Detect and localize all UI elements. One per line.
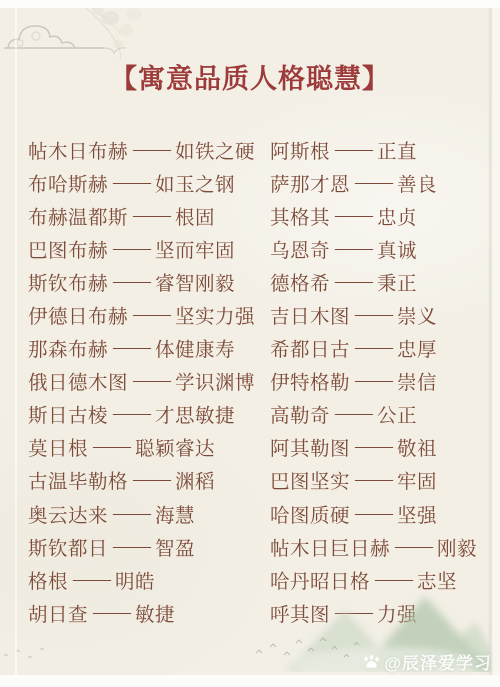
list-item: 斯钦布赫——睿智刚毅 (28, 265, 255, 298)
name-meaning: 刚毅 (437, 533, 477, 561)
list-item: 乌恩奇——真诚 (270, 232, 477, 265)
list-item: 其格其——忠贞 (270, 199, 477, 232)
list-item: 布赫温都斯——根固 (28, 199, 255, 232)
name-meaning: 如玉之钢 (155, 169, 235, 197)
person-name: 德格希 (270, 268, 330, 296)
person-name: 巴图坚实 (270, 466, 350, 494)
dash-separator: —— (335, 403, 372, 425)
name-meaning: 秉正 (377, 268, 417, 296)
list-item: 斯钦都日——智盈 (28, 530, 255, 563)
dash-separator: —— (355, 172, 392, 194)
person-name: 高勒奇 (270, 400, 330, 428)
dash-separator: —— (93, 436, 130, 458)
dash-separator: —— (113, 238, 150, 260)
person-name: 伊特格勒 (270, 367, 350, 395)
name-meaning: 正直 (377, 136, 417, 164)
top-white-strip (0, 0, 500, 8)
person-name: 格根 (28, 566, 68, 594)
person-name: 那森布赫 (28, 334, 108, 362)
person-name: 乌恩奇 (270, 235, 330, 263)
dash-separator: —— (355, 503, 392, 525)
dash-separator: —— (395, 536, 432, 558)
dash-separator: —— (133, 304, 170, 326)
person-name: 古温毕勒格 (28, 466, 128, 494)
list-item: 奥云达来——海慧 (28, 497, 255, 530)
name-meaning: 智盈 (155, 533, 195, 561)
person-name: 奥云达来 (28, 500, 108, 528)
list-item: 吉日木图——崇义 (270, 298, 477, 331)
watermark-handle: @辰泽爱学习 (384, 649, 492, 674)
name-meaning: 真诚 (377, 235, 417, 263)
name-list-right-column: 阿斯根——正直萨那才恩——善良其格其——忠贞乌恩奇——真诚德格希——秉正吉日木图… (270, 133, 477, 629)
list-item: 德格希——秉正 (270, 265, 477, 298)
name-meaning: 公正 (377, 400, 417, 428)
person-name: 萨那才恩 (270, 169, 350, 197)
person-name: 阿斯根 (270, 136, 330, 164)
dash-separator: —— (113, 271, 150, 293)
person-name: 布赫温都斯 (28, 202, 128, 230)
list-item: 胡日查——敏捷 (28, 596, 255, 629)
dash-separator: —— (335, 238, 372, 260)
page-edge-left (15, 8, 17, 675)
list-item: 帖木日布赫——如铁之硬 (28, 133, 255, 166)
person-name: 阿其勒图 (270, 433, 350, 461)
dash-separator: —— (133, 469, 170, 491)
name-meaning: 睿智刚毅 (155, 268, 235, 296)
list-item: 伊德日布赫——坚实力强 (28, 298, 255, 331)
person-name: 伊德日布赫 (28, 301, 128, 329)
list-item: 古温毕勒格——渊稻 (28, 464, 255, 497)
name-meaning: 敬祖 (397, 433, 437, 461)
name-meaning: 崇信 (397, 367, 437, 395)
person-name: 巴图布赫 (28, 235, 108, 263)
person-name: 其格其 (270, 202, 330, 230)
flying-birds-icon (250, 633, 370, 672)
list-item: 巴图坚实——牢固 (270, 464, 477, 497)
person-name: 哈图质硬 (270, 500, 350, 528)
person-name: 斯钦布赫 (28, 268, 108, 296)
name-meaning: 学识渊博 (175, 367, 255, 395)
person-name: 帖木日巨日赫 (270, 533, 390, 561)
person-name: 俄日德木图 (28, 367, 128, 395)
list-item: 哈图质硬——坚强 (270, 497, 477, 530)
list-item: 高勒奇——公正 (270, 398, 477, 431)
name-meaning: 体健康寿 (155, 334, 235, 362)
list-item: 斯日古棱——才思敏捷 (28, 398, 255, 431)
name-meaning: 渊稻 (175, 466, 215, 494)
dash-separator: —— (113, 172, 150, 194)
dash-separator: —— (133, 205, 170, 227)
dash-separator: —— (133, 370, 170, 392)
list-item: 格根——明皓 (28, 563, 255, 596)
dash-separator: —— (355, 337, 392, 359)
dash-separator: —— (113, 536, 150, 558)
page-title: 【寓意品质人格聪慧】 (0, 57, 500, 96)
dash-separator: —— (355, 304, 392, 326)
list-item: 布哈斯赫——如玉之钢 (28, 166, 255, 199)
person-name: 莫日根 (28, 433, 88, 461)
dash-separator: —— (113, 503, 150, 525)
list-item: 阿其勒图——敬祖 (270, 431, 477, 464)
name-meaning: 聪颖睿达 (135, 433, 215, 461)
paw-icon (363, 654, 380, 670)
name-list-left-column: 帖木日布赫——如铁之硬布哈斯赫——如玉之钢布赫温都斯——根固巴图布赫——坚而牢固… (28, 133, 255, 629)
name-meaning: 敏捷 (135, 599, 175, 627)
dash-separator: —— (133, 139, 170, 161)
list-item: 俄日德木图——学识渊博 (28, 365, 255, 398)
list-item: 巴图布赫——坚而牢固 (28, 232, 255, 265)
page-edge-right (488, 8, 500, 675)
person-name: 布哈斯赫 (28, 169, 108, 197)
name-meaning: 牢固 (397, 466, 437, 494)
name-meaning: 明皓 (115, 566, 155, 594)
list-item: 萨那才恩——善良 (270, 166, 477, 199)
name-meaning: 坚实力强 (175, 301, 255, 329)
list-item: 希都日古——忠厚 (270, 332, 477, 365)
name-meaning: 忠贞 (377, 202, 417, 230)
name-meaning: 坚强 (397, 500, 437, 528)
watermark: @辰泽爱学习 (363, 649, 492, 674)
dash-separator: —— (335, 271, 372, 293)
document-page: 【寓意品质人格聪慧】 帖木日布赫——如铁之硬布哈斯赫——如玉之钢布赫温都斯——根… (0, 0, 500, 687)
name-meaning: 根固 (175, 202, 215, 230)
dash-separator: —— (355, 469, 392, 491)
dash-separator: —— (335, 139, 372, 161)
name-meaning: 才思敏捷 (155, 400, 235, 428)
bottom-white-strip (0, 675, 500, 687)
name-meaning: 如铁之硬 (175, 136, 255, 164)
list-item: 莫日根——聪颖睿达 (28, 431, 255, 464)
person-name: 胡日查 (28, 599, 88, 627)
person-name: 帖木日布赫 (28, 136, 128, 164)
dash-separator: —— (355, 436, 392, 458)
list-item: 阿斯根——正直 (270, 133, 477, 166)
dash-separator: —— (113, 403, 150, 425)
person-name: 斯钦都日 (28, 533, 108, 561)
list-item: 帖木日巨日赫——刚毅 (270, 530, 477, 563)
list-item: 那森布赫——体健康寿 (28, 332, 255, 365)
dash-separator: —— (73, 569, 110, 591)
name-meaning: 崇义 (397, 301, 437, 329)
person-name: 希都日古 (270, 334, 350, 362)
list-item: 伊特格勒——崇信 (270, 365, 477, 398)
name-meaning: 海慧 (155, 500, 195, 528)
dash-separator: —— (93, 602, 130, 624)
person-name: 斯日古棱 (28, 400, 108, 428)
name-meaning: 善良 (397, 169, 437, 197)
name-meaning: 忠厚 (397, 334, 437, 362)
name-meaning: 坚而牢固 (155, 235, 235, 263)
dash-separator: —— (113, 337, 150, 359)
dash-separator: —— (335, 205, 372, 227)
person-name: 吉日木图 (270, 301, 350, 329)
dash-separator: —— (355, 370, 392, 392)
distant-birds-icon (0, 644, 60, 669)
